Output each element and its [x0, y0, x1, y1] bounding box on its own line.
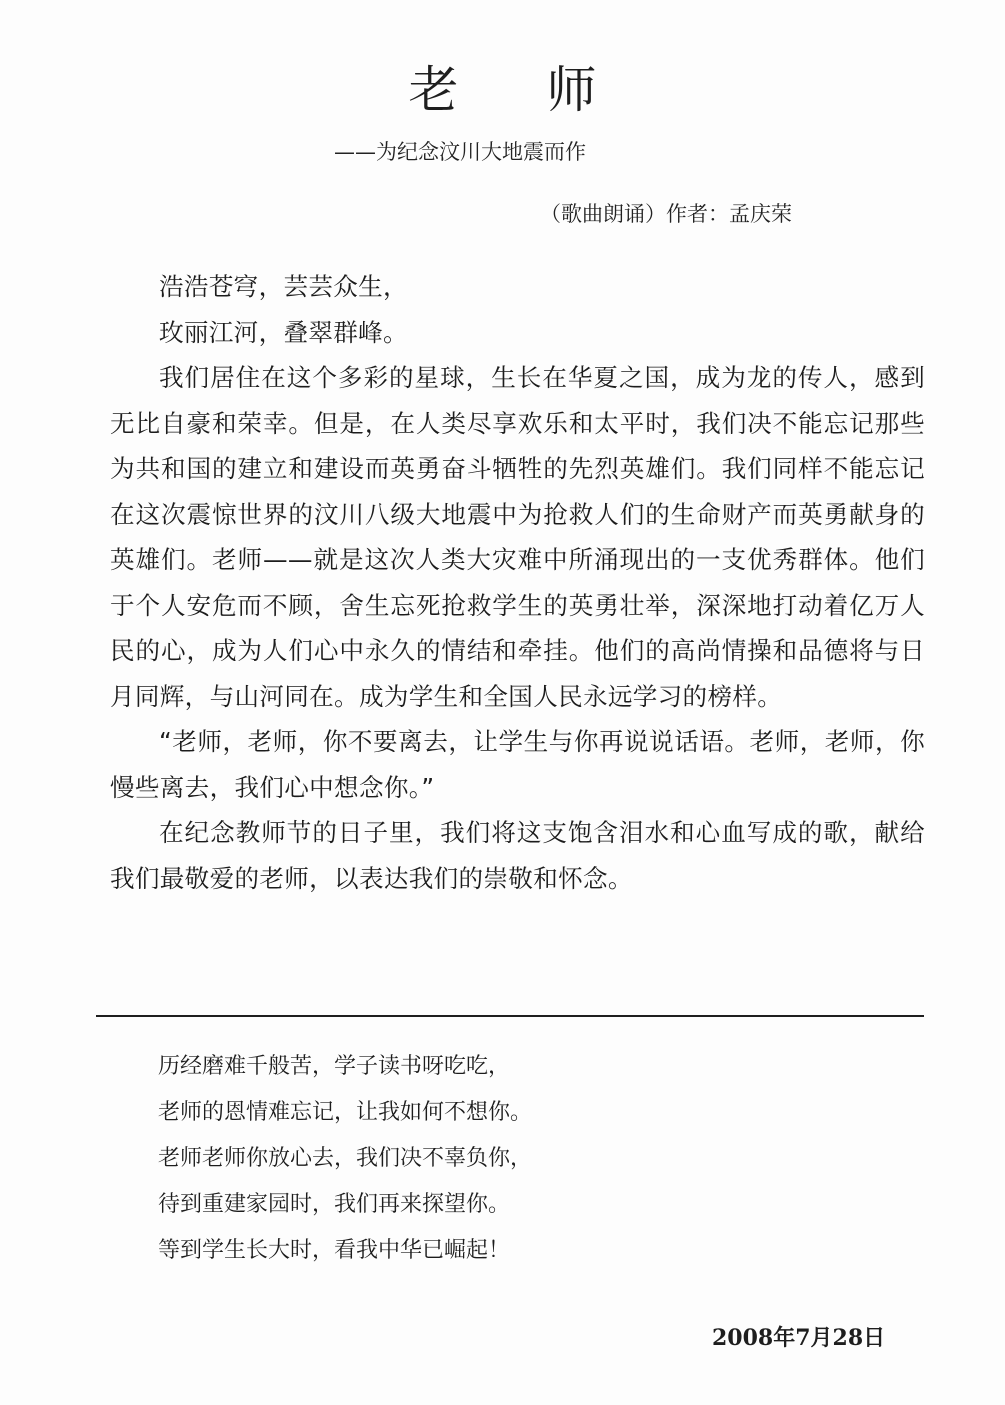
- page-title: 老师: [0, 58, 1005, 122]
- lyric-line: 老师的恩情难忘记，让我如何不想你。: [158, 1090, 532, 1136]
- author-byline: （歌曲朗诵）作者：孟庆荣: [540, 198, 792, 230]
- paragraph: 在纪念教师节的日子里，我们将这支饱含泪水和心血写成的歌，献给我们最敬爱的老师，以…: [110, 810, 925, 901]
- verse-line: 浩浩苍穹，芸芸众生，: [110, 264, 925, 310]
- paragraph: 我们居住在这个多彩的星球，生长在华夏之国，成为龙的传人，感到无比自豪和荣幸。但是…: [110, 355, 925, 719]
- lyric-line: 等到学生长大时，看我中华已崛起！: [158, 1228, 532, 1274]
- document-page: 老师 ——为纪念汶川大地震而作 （歌曲朗诵）作者：孟庆荣 浩浩苍穹，芸芸众生， …: [0, 0, 1005, 1405]
- document-date: 2008年7月28日: [712, 1322, 885, 1354]
- title-char-1: 老: [409, 61, 459, 119]
- quote-paragraph: “老师，老师，你不要离去，让学生与你再说说话语。老师，老师，你慢些离去，我们心中…: [110, 719, 925, 810]
- verse-line: 玫丽江河，叠翠群峰。: [110, 310, 925, 356]
- section-divider: [96, 1015, 924, 1017]
- lyric-line: 待到重建家园时，我们再来探望你。: [158, 1182, 532, 1228]
- lyric-line: 历经磨难千般苦，学子读书呀吃吃，: [158, 1044, 532, 1090]
- song-lyrics: 历经磨难千般苦，学子读书呀吃吃， 老师的恩情难忘记，让我如何不想你。 老师老师你…: [158, 1044, 532, 1274]
- subtitle: ——为纪念汶川大地震而作: [334, 137, 586, 167]
- title-char-2: 师: [547, 61, 597, 119]
- lyric-line: 老师老师你放心去，我们决不辜负你，: [158, 1136, 532, 1182]
- prose-body: 浩浩苍穹，芸芸众生， 玫丽江河，叠翠群峰。 我们居住在这个多彩的星球，生长在华夏…: [110, 264, 925, 901]
